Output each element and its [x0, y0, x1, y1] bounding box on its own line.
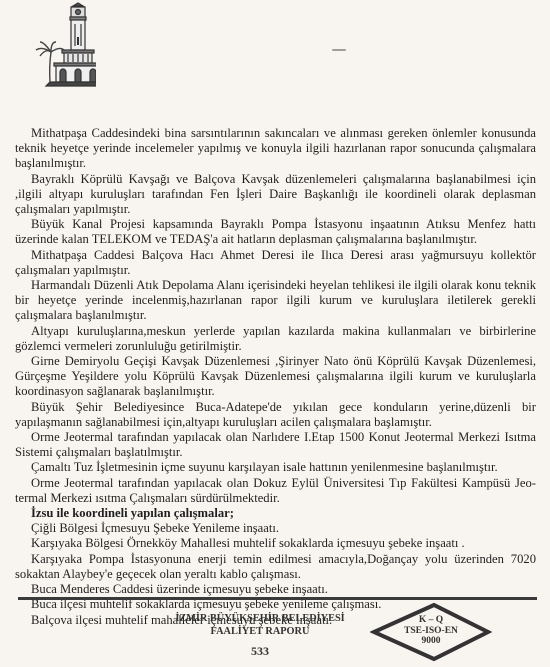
izsu-item: Buca Menderes Caddesi üzerinde içmesuyu …	[15, 582, 536, 597]
izsu-item: Karşıyaka Bölgesi Örnekköy Mahallesi muh…	[15, 536, 536, 551]
scan-speck	[332, 49, 346, 51]
badge-line-2: TSE-ISO-EN	[370, 626, 492, 637]
paragraph: Orme Jeotermal tarafından yapılacak olan…	[15, 430, 536, 460]
footer-organization: İZMİR BÜYÜKŞEHİR BELEDİYESİ FAALİYET RAP…	[150, 612, 370, 638]
document-body: Mithatpaşa Caddesindeki bina sarsıntılar…	[15, 126, 536, 628]
footer-divider	[18, 597, 537, 600]
paragraph: Altyapı kuruluşlarına,meskun yerlerde ya…	[15, 324, 536, 354]
footer-report-title: FAALİYET RAPORU	[150, 625, 370, 638]
izsu-section-heading: İzsu ile koordineli yapılan çalışmalar;	[15, 506, 536, 521]
paragraph: Mithatpaşa Caddesindeki bina sarsıntılar…	[15, 126, 536, 172]
izmir-clock-tower-icon	[18, 2, 96, 88]
paragraph: Girne Demiryolu Geçişi Kavşak Düzenlemes…	[15, 354, 536, 400]
izsu-item: Çiğli Bölgesi İçmesuyu Şebeke Yenileme i…	[15, 521, 536, 536]
badge-line-3: 9000	[370, 636, 492, 647]
paragraph: Harmandalı Düzenli Atık Depolama Alanı i…	[15, 278, 536, 324]
diamond-quality-badge-icon: K – Q TSE-ISO-EN 9000	[370, 602, 492, 662]
badge-line-1: K – Q	[370, 615, 492, 626]
izsu-item: Karşıyaka Pompa İstasyonuna enerji temin…	[15, 552, 536, 582]
paragraph: Bayraklı Köprülü Kavşağı ve Balçova Kavş…	[15, 172, 536, 218]
page-number: 533	[150, 644, 370, 659]
paragraph: Büyük Kanal Projesi kapsamında Bayraklı …	[15, 217, 536, 247]
paragraph: Mithatpaşa Caddesi Balçova Hacı Ahmet De…	[15, 248, 536, 278]
paragraph: Çamaltı Tuz İşletmesinin içme suyunu kar…	[15, 460, 536, 475]
footer-org-name: İZMİR BÜYÜKŞEHİR BELEDİYESİ	[150, 612, 370, 625]
paragraph: Orme Jeotermal tarafından yapılacak olan…	[15, 476, 536, 506]
paragraph: Büyük Şehir Belediyesince Buca-Adatepe'd…	[15, 400, 536, 430]
